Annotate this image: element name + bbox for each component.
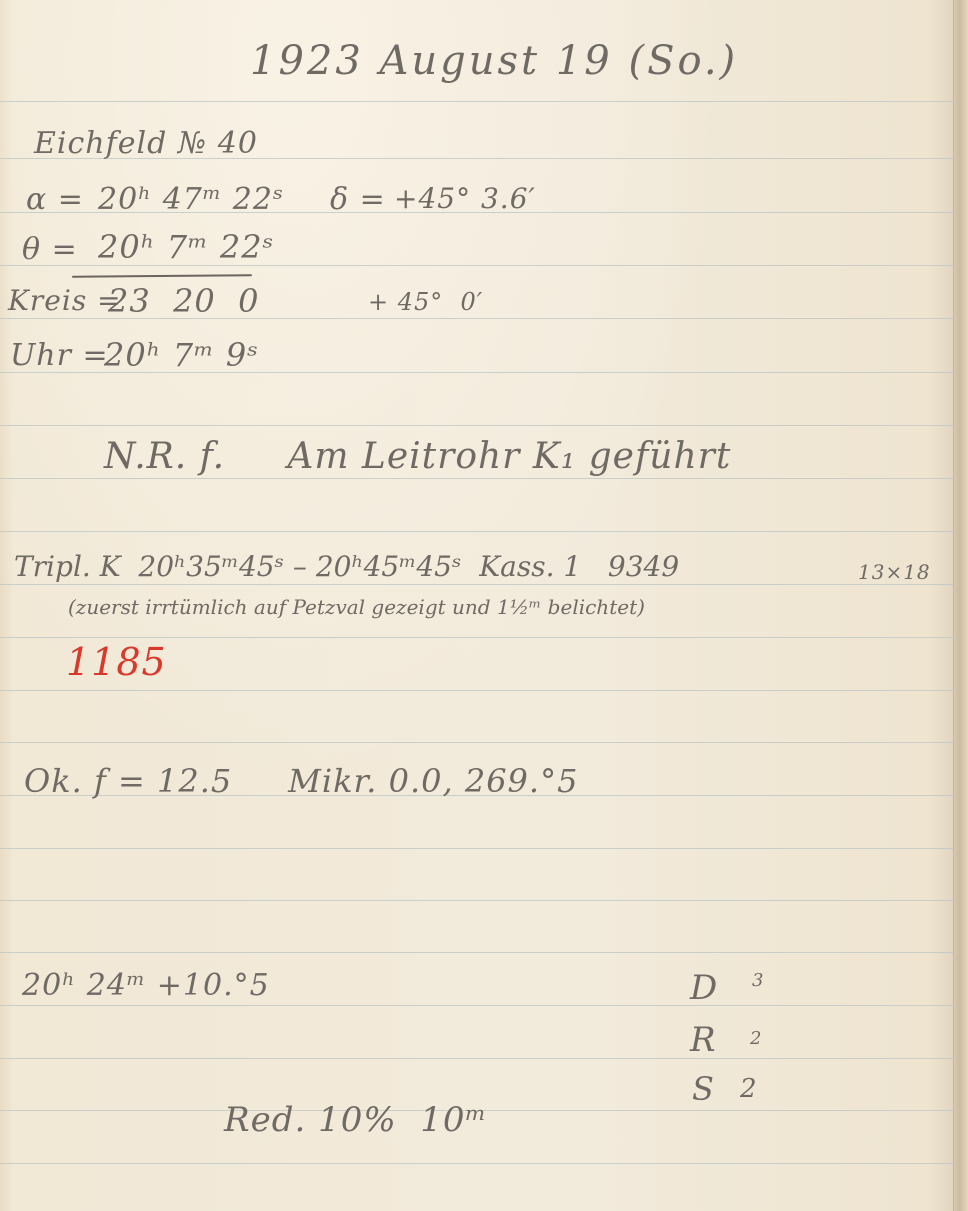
alpha-value: 20ʰ 47ᵐ 22ˢ bbox=[98, 182, 284, 217]
condition-value-d: 3 bbox=[752, 970, 764, 991]
condition-value-s: 2 bbox=[740, 1074, 758, 1104]
theta-underline bbox=[72, 274, 252, 278]
kreis-label: Kreis = bbox=[8, 284, 122, 317]
exposure-remark: (zuerst irrtümlich auf Petzval gezeigt u… bbox=[68, 595, 645, 619]
date-header: 1923 August 19 (So.) bbox=[250, 38, 738, 84]
rule-line bbox=[0, 425, 955, 426]
kreis-value: 23 20 0 bbox=[108, 282, 259, 320]
delta-label: δ = bbox=[330, 182, 386, 217]
field-title: Eichfeld № 40 bbox=[34, 126, 258, 161]
theta-value: 20ʰ 7ᵐ 22ˢ bbox=[98, 228, 274, 266]
rule-line bbox=[0, 742, 955, 743]
rule-line bbox=[0, 101, 955, 102]
rule-line bbox=[0, 531, 955, 532]
rule-line bbox=[0, 690, 955, 691]
condition-value-r: 2 bbox=[750, 1028, 762, 1049]
kreis-dec-value: + 45° 0′ bbox=[368, 288, 483, 316]
rule-line bbox=[0, 1058, 955, 1059]
rule-line bbox=[0, 848, 955, 849]
rule-line bbox=[0, 478, 955, 479]
rule-line bbox=[0, 584, 955, 585]
condition-symbol-d: D bbox=[690, 968, 718, 1008]
condition-symbol-s: S bbox=[692, 1070, 715, 1108]
theta-label: θ = bbox=[22, 232, 78, 267]
delta-value: +45° 3.6′ bbox=[394, 182, 536, 215]
rule-line bbox=[0, 1163, 955, 1164]
ocular-line: Ok. f = 12.5 Mikr. 0.0, 269.°5 bbox=[24, 762, 578, 800]
uhr-label: Uhr = bbox=[10, 338, 109, 373]
page-gutter bbox=[953, 0, 968, 1211]
red-plate-number: 1185 bbox=[66, 640, 167, 684]
alpha-label: α = bbox=[26, 182, 84, 217]
uhr-value: 20ʰ 7ᵐ 9ˢ bbox=[104, 336, 259, 374]
time-entry: 20ʰ 24ᵐ +10.°5 bbox=[22, 968, 270, 1003]
plate-size: 13×18 bbox=[858, 560, 931, 584]
guide-note: N.R. f. Am Leitrohr K₁ geführt bbox=[104, 436, 731, 477]
exposure-line: Tripl. K 20ʰ35ᵐ45ˢ – 20ʰ45ᵐ45ˢ Kass. 1 9… bbox=[14, 550, 679, 583]
reduction-note: Red. 10% 10ᵐ bbox=[224, 1100, 487, 1140]
condition-symbol-r: R bbox=[690, 1020, 717, 1060]
rule-line bbox=[0, 952, 955, 953]
rule-line bbox=[0, 637, 955, 638]
notebook-page: 1923 August 19 (So.) Eichfeld № 40 α = 2… bbox=[0, 0, 968, 1211]
rule-line bbox=[0, 900, 955, 901]
rule-line bbox=[0, 1005, 955, 1006]
